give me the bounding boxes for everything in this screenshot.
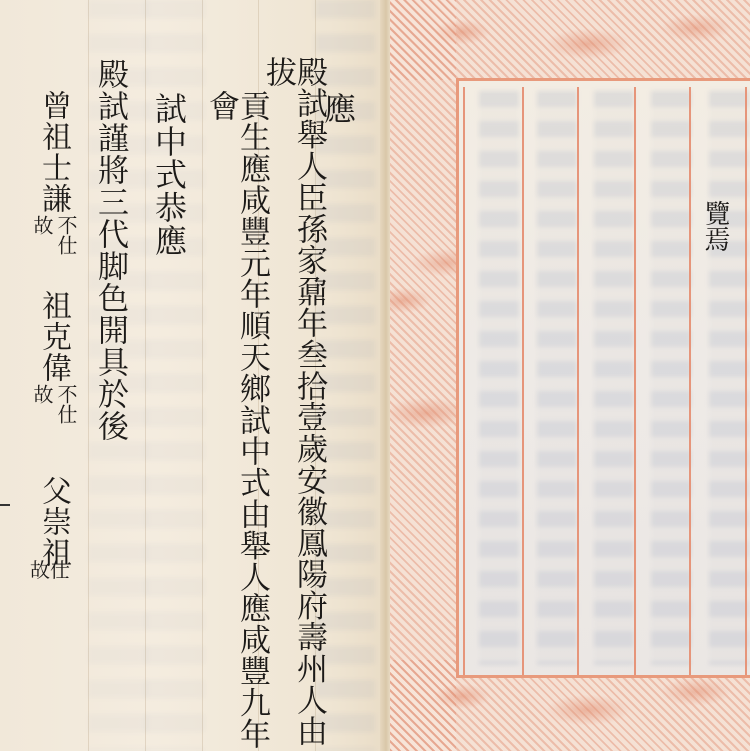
- great-grandfather-note-left: 故: [32, 215, 52, 235]
- dragon-border-left: [390, 0, 456, 751]
- ruled-line: [689, 87, 691, 675]
- bleed-through: [594, 91, 634, 665]
- margin-mark: [0, 504, 10, 506]
- grandfather-note-right: 不仕: [56, 384, 76, 424]
- father-name: 父崇祖: [38, 475, 68, 568]
- grandfather-name: 祖克偉: [38, 290, 68, 383]
- text-column-5: 殿試謹將三代脚色開具於後: [94, 58, 125, 442]
- ruled-line: [522, 87, 524, 675]
- ruled-line: [745, 87, 747, 675]
- text-column-4: 試中式恭應: [153, 92, 185, 257]
- text-column-3: 貢生應咸豐元年順天鄉試中式由舉人應咸豐九年會: [205, 90, 267, 751]
- bleed-through: [479, 91, 519, 665]
- ruled-line: [577, 87, 579, 675]
- ruled-line: [463, 87, 465, 675]
- left-page: 應 殿試舉人臣孫家鼐年叁拾壹歲安徽鳳陽府壽州人由拔 貢生應咸豐元年順天鄉試中式由…: [0, 0, 388, 751]
- great-grandfather-note-right: 不仕: [56, 215, 76, 255]
- text-column-2: 殿試舉人臣孫家鼐年叁拾壹歲安徽鳳陽府壽州人由拔: [262, 56, 324, 751]
- ruled-frame: [456, 78, 750, 678]
- right-page-text: 覽焉: [702, 200, 728, 252]
- bleed-through: [709, 91, 749, 665]
- right-page: 覽焉: [390, 0, 750, 751]
- bleed-through: [651, 91, 691, 665]
- great-grandfather-name: 曾祖士謙: [38, 90, 68, 214]
- ruled-line: [634, 87, 636, 675]
- bleed-through: [537, 91, 577, 665]
- grandfather-note-left: 故: [32, 384, 52, 404]
- father-note: 故仕: [30, 560, 70, 580]
